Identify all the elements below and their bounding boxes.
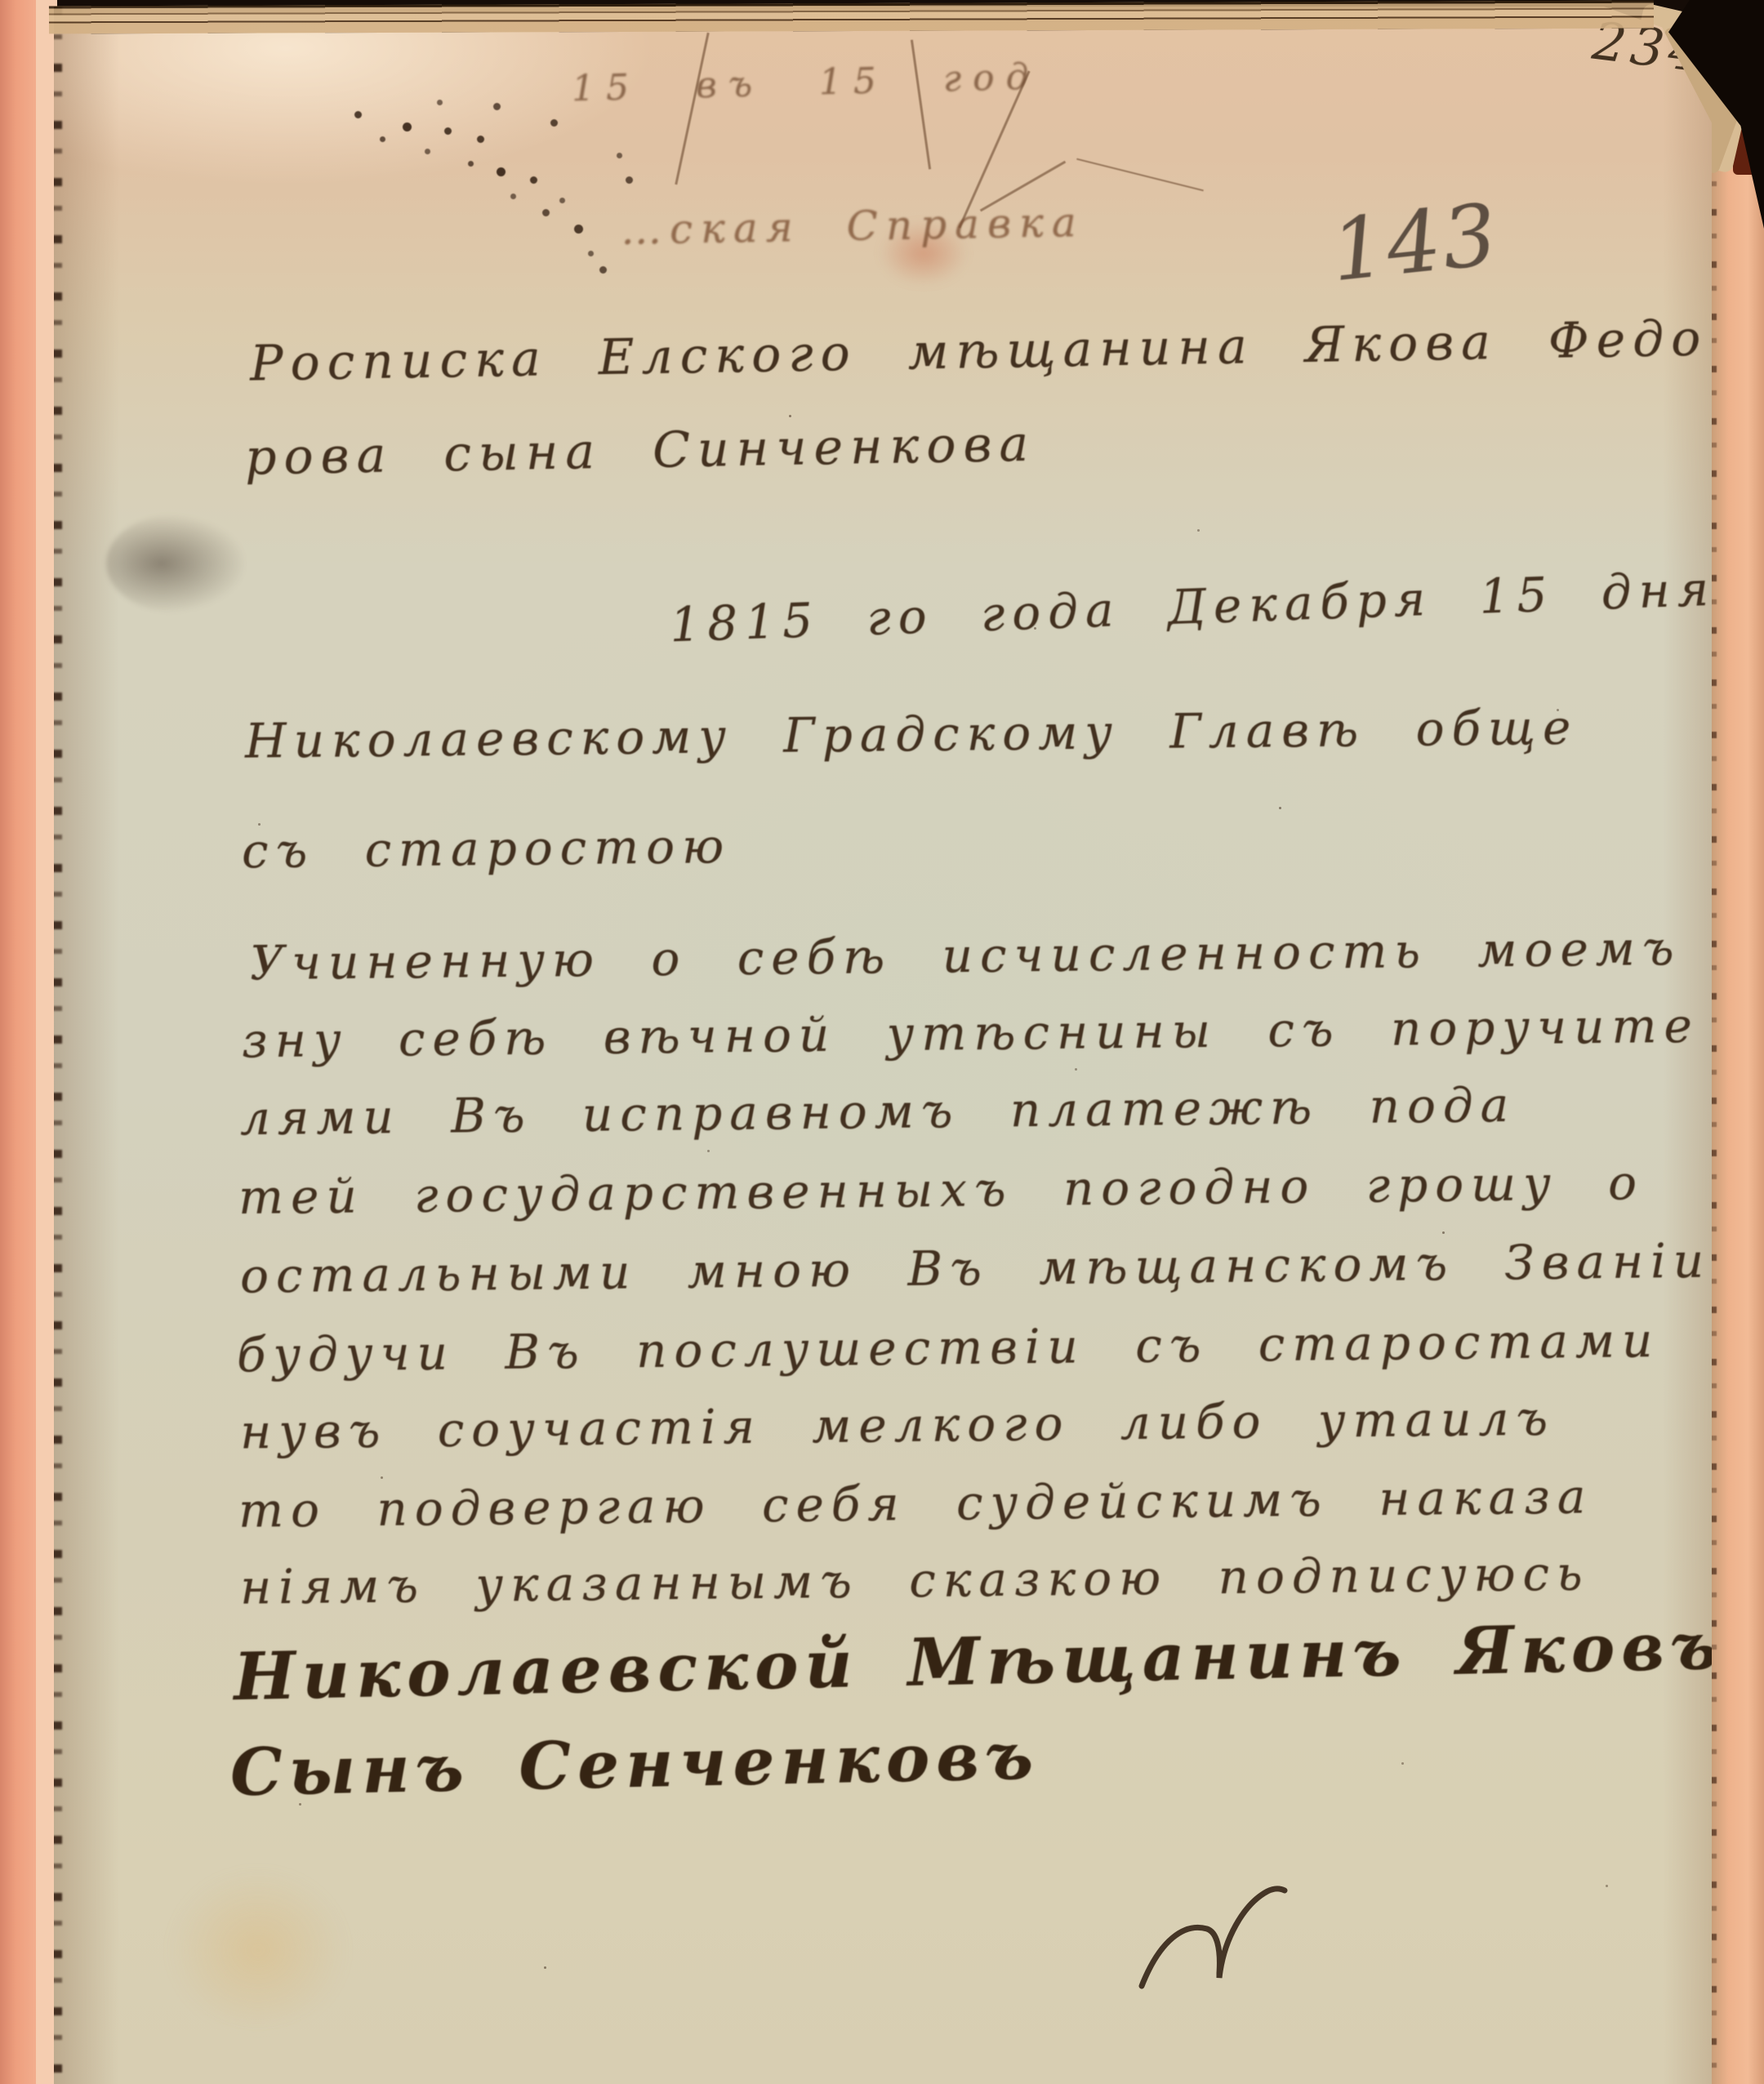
heading-line-2: рова сына Синченкова: [245, 420, 1036, 483]
address-line-2: съ старостою: [242, 822, 732, 875]
gray-stain: [106, 514, 245, 612]
body-line: остальными мною Въ мѣщанскомъ Званіи: [240, 1237, 1712, 1300]
page-stack-top-edge: [49, 1, 1654, 34]
faded-title: …ская Справка: [621, 202, 1085, 251]
right-page-stack-edge: [1710, 0, 1764, 2084]
address-line-1: Николаевскому Градскому Главѣ обще: [245, 703, 1579, 764]
binding-shadow: [54, 7, 119, 2084]
body-line: ніямъ указаннымъ сказкою подписуюсь: [240, 1549, 1590, 1610]
body-line: нувъ соучастія мелкого либо утаилъ: [240, 1395, 1556, 1456]
body-line: Учиненную о себѣ исчисленность моемъ спа: [250, 923, 1764, 986]
flourish-mark-icon: [1137, 1881, 1333, 1992]
signature-line-2: Сынъ Сенченковъ: [229, 1723, 1040, 1806]
body-line: тей государственныхъ погодно грошу о: [238, 1159, 1645, 1221]
crack-line: [675, 33, 709, 185]
date-line: 1815 го года Декабря 15 дня: [669, 565, 1717, 649]
body-line: зну себѣ вѣчной утѣснины съ поручите: [242, 1002, 1699, 1065]
stamped-number: 143: [1326, 185, 1503, 301]
manuscript-page: 15 въ 15 год 234 …ская Справка 143 Роспи…: [54, 7, 1712, 2084]
left-page-strip: [0, 0, 36, 2084]
body-line: то подвергаю себя судейскимъ наказа: [238, 1472, 1593, 1534]
body-line: будучи Въ послушествіи съ старостами что: [237, 1315, 1764, 1378]
crack-line: [1076, 158, 1204, 192]
heading-line-1: Росписка Елского мѣщанина Якова Федо: [250, 314, 1708, 388]
signature-line-1: Николаевской Мѣщанинъ Яковъ Федоровъ: [233, 1603, 1764, 1709]
faded-header-note: 15 въ 15 год: [572, 60, 1040, 108]
pale-stain: [168, 1868, 348, 2032]
body-line: лями Въ исправномъ платежѣ пода: [240, 1081, 1517, 1142]
